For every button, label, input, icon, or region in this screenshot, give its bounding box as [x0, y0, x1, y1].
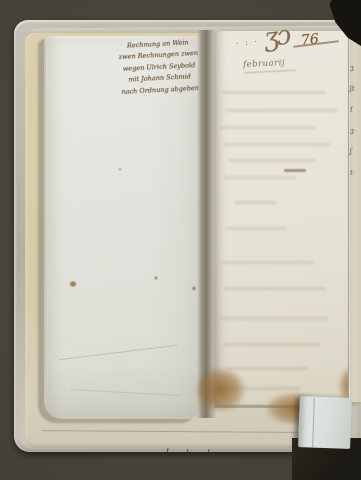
paper-slip: [298, 396, 352, 449]
foxing-spot: [118, 168, 122, 171]
bleed-through-line: [224, 176, 296, 179]
water-stain: [196, 360, 254, 414]
edge-mark: ſ: [350, 105, 361, 114]
foxing-spot: [69, 281, 77, 287]
edge-mark: ʃt: [350, 84, 361, 93]
bleed-through-line: [224, 343, 320, 346]
foliation-flourish: ʒɔ: [262, 21, 291, 54]
bleed-through-line: [220, 126, 316, 129]
edge-mark: t·: [350, 168, 361, 177]
edge-mark: ʒ·: [350, 126, 361, 135]
bleed-through-line: [228, 159, 316, 162]
foxing-spot: [154, 276, 158, 280]
bleed-through-line: [222, 91, 326, 94]
edge-mark: ʒ: [350, 63, 361, 72]
edge-writing-fragments: ʒ ʃt ſ ʒ· ʃ t·: [350, 64, 361, 190]
bleed-through-line: [220, 317, 328, 320]
bleed-through-line: [226, 109, 338, 112]
ink-smudge: [284, 169, 306, 172]
bleed-through-line: [222, 261, 314, 264]
bleed-through-line: [224, 143, 330, 146]
edge-mark: ʃ: [350, 147, 361, 156]
right-page: [214, 31, 348, 408]
bleed-through-line: [234, 201, 276, 204]
docket-note: Rechnung an Wein zwen Rechnungen zwen we…: [112, 37, 207, 99]
manuscript-scan: Rechnung an Wein zwen Rechnungen zwen we…: [0, 0, 361, 480]
bleed-through-line: [224, 287, 326, 290]
bleed-through-line: [226, 227, 286, 230]
foxing-spot: [192, 286, 196, 291]
